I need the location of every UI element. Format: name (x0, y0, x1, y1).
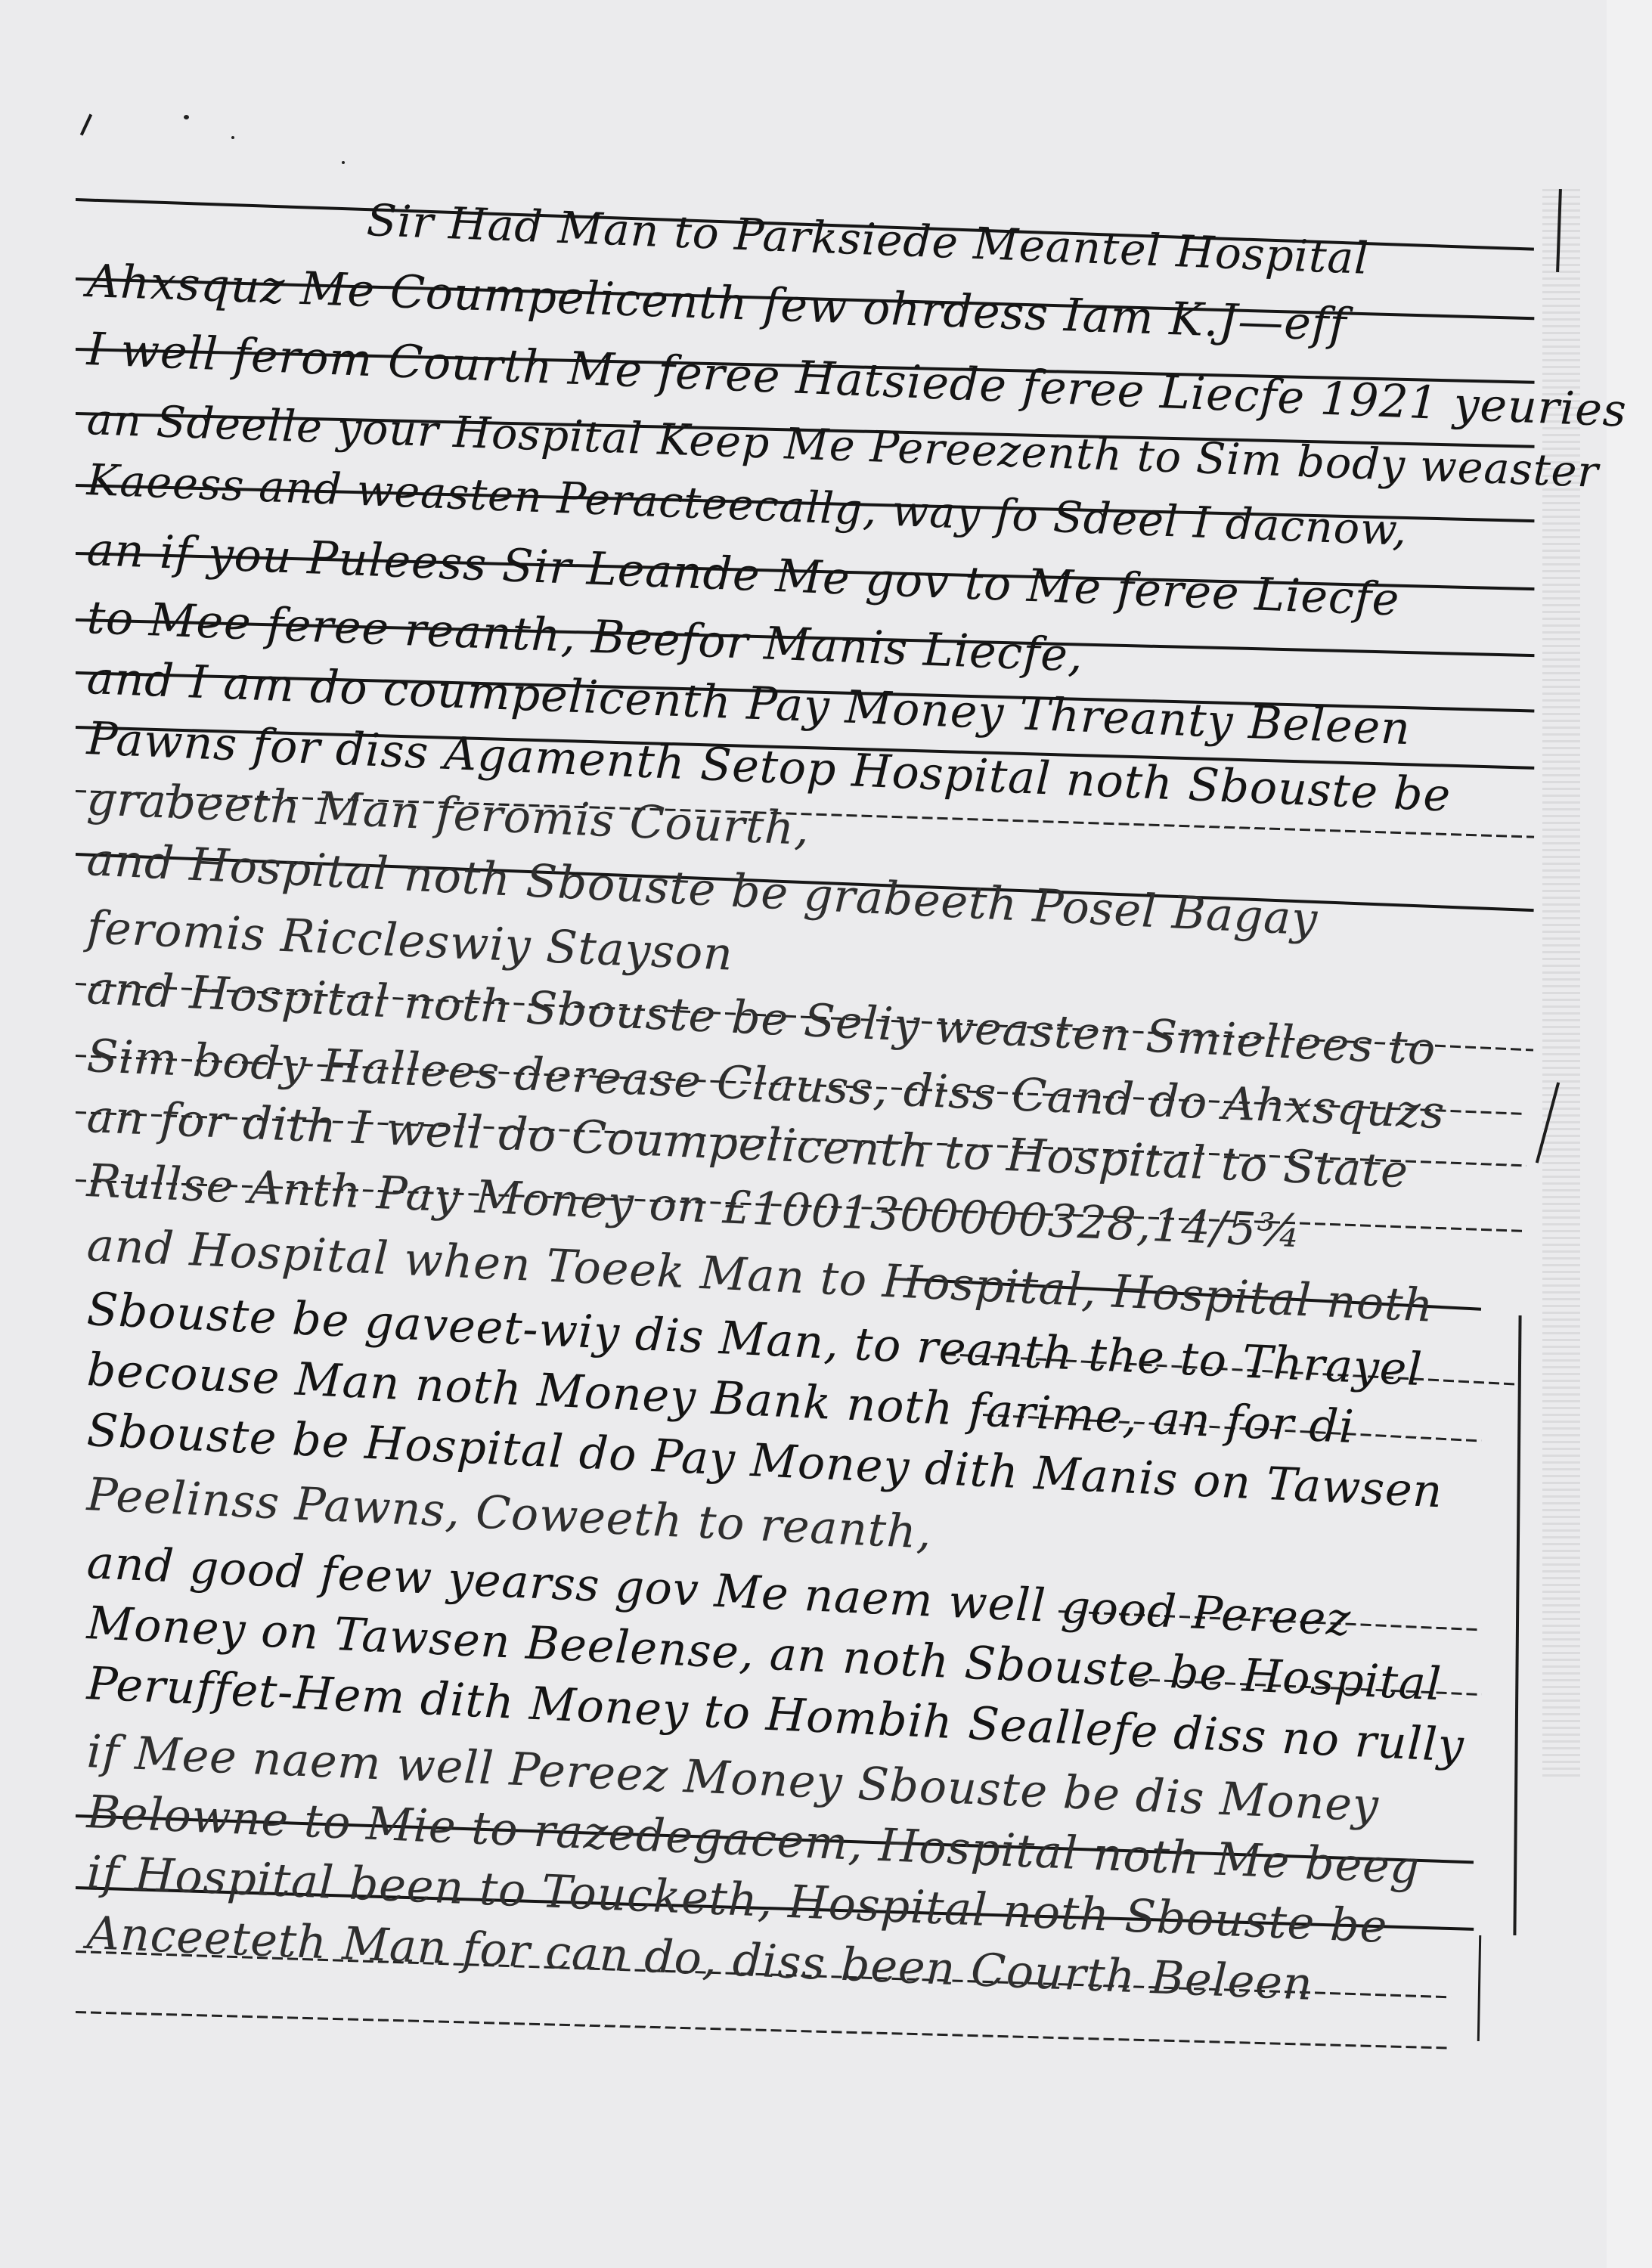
frame-line (1477, 1935, 1481, 2041)
speck (342, 161, 345, 164)
speck (184, 115, 189, 119)
document-page: Sir Had Man to Parksiede Meantel Hospita… (0, 0, 1652, 2268)
ruled-line (76, 2011, 1451, 2050)
letter-title: Sir Had Man to Parksiede Meantel Hospita… (366, 198, 1370, 280)
page-edge (1607, 0, 1652, 2268)
speck (231, 136, 234, 139)
stray-pen-mark (80, 114, 92, 136)
frame-line (1513, 1315, 1521, 1935)
